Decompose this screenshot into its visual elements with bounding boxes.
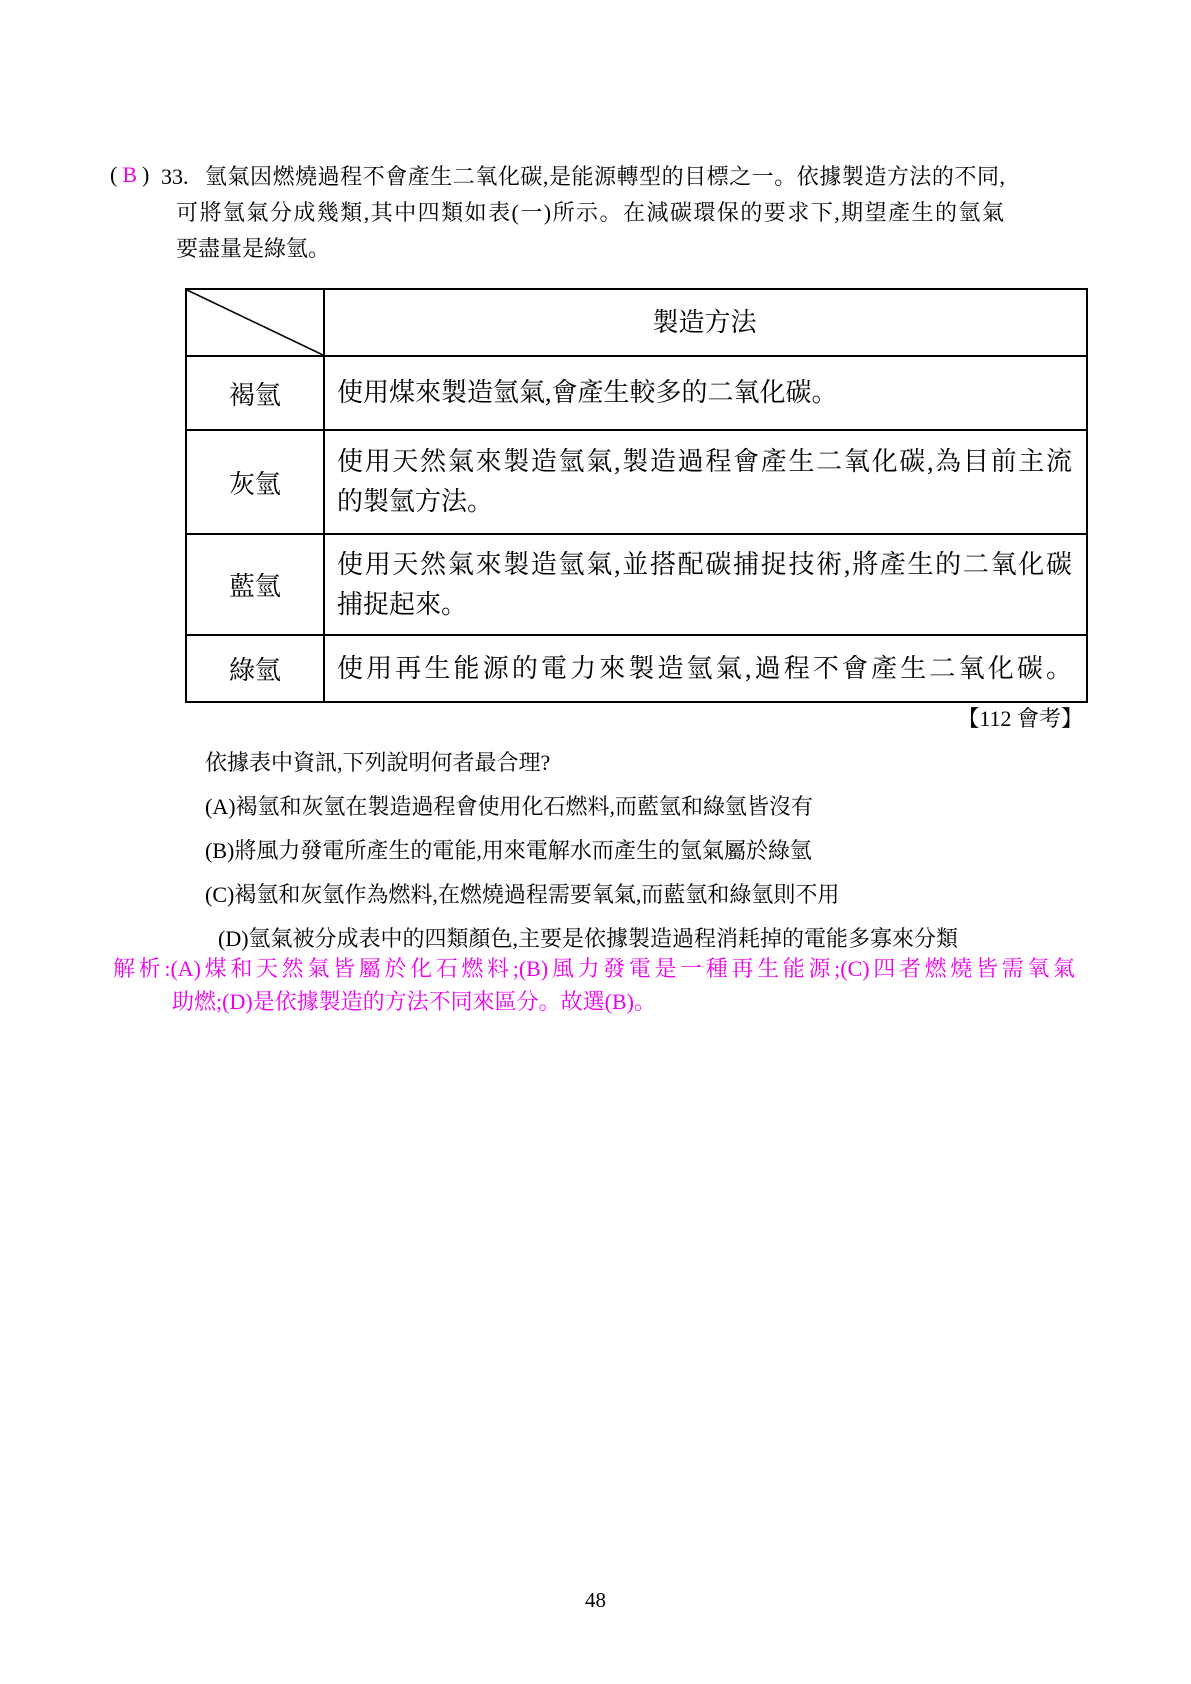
row-desc-grey-line-2: 的製氫方法。	[337, 482, 1072, 522]
option-a-text: 褐氫和灰氫在製造過程會使用化石燃料,而藍氫和綠氫皆沒有	[236, 794, 814, 819]
option-b-label: (B)	[205, 838, 234, 863]
answer-close-paren: )	[142, 162, 149, 187]
explanation-label: 解析:	[113, 956, 170, 981]
row-label-brown: 褐氫	[187, 357, 325, 429]
table-header-method-cell: 製造方法	[325, 290, 1086, 355]
option-c-text: 褐氫和灰氫作為燃料,在燃燒過程需要氧氣,而藍氫和綠氫則不用	[234, 882, 839, 907]
hydrogen-types-table: 製造方法 褐氫 使用煤來製造氫氣,會產生較多的二氧化碳。 灰氫 使用天然氣來製造…	[185, 288, 1088, 703]
option-c-label: (C)	[205, 882, 234, 907]
table-row-green-hydrogen: 綠氫 使用再生能源的電力來製造氫氣,過程不會產生二氧化碳。	[187, 634, 1086, 701]
page-number: 48	[0, 1588, 1191, 1613]
answer-open-paren: (	[110, 162, 117, 187]
table-row-grey-hydrogen: 灰氫 使用天然氣來製造氫氣,製造過程會產生二氧化碳,為目前主流 的製氫方法。	[187, 429, 1086, 533]
row-desc-brown: 使用煤來製造氫氣,會產生較多的二氧化碳。	[325, 357, 1086, 429]
option-row-c: (C)褐氫和灰氫作為燃料,在燃燒過程需要氧氣,而藍氫和綠氫則不用	[205, 878, 839, 909]
option-row-b: (B)將風力發電所產生的電能,用來電解水而產生的氫氣屬於綠氫	[205, 834, 812, 865]
option-d-label: (D)	[218, 926, 249, 951]
table-header-method-label: 製造方法	[652, 303, 756, 343]
row-desc-brown-line-1: 使用煤來製造氫氣,會產生較多的二氧化碳。	[337, 373, 1072, 413]
table-row-brown-hydrogen: 褐氫 使用煤來製造氫氣,會產生較多的二氧化碳。	[187, 355, 1086, 429]
row-desc-green-line-1: 使用再生能源的電力來製造氫氣,過程不會產生二氧化碳。	[337, 649, 1072, 689]
answer-letter: B	[122, 162, 137, 187]
question-line-1: 氫氣因燃燒過程不會產生二氧化碳,是能源轉型的目標之一。依據製造方法的不同,	[205, 162, 1005, 192]
row-desc-blue-line-2: 捕捉起來。	[337, 585, 1072, 625]
option-d-text: 氫氣被分成表中的四類顏色,主要是依據製造過程消耗掉的電能多寡來分類	[249, 926, 959, 951]
table-row-blue-hydrogen: 藍氫 使用天然氣來製造氫氣,並搭配碳捕捉技術,將產生的二氧化碳 捕捉起來。	[187, 533, 1086, 634]
question-stem: 依據表中資訊,下列說明何者最合理?	[205, 748, 550, 778]
explanation-line-2: 助燃;(D)是依據製造的方法不同來區分。故選(B)。	[172, 985, 656, 1016]
row-desc-blue-line-1: 使用天然氣來製造氫氣,並搭配碳捕捉技術,將產生的二氧化碳	[337, 545, 1072, 585]
option-row-d: (D)氫氣被分成表中的四類顏色,主要是依據製造過程消耗掉的電能多寡來分類	[218, 922, 958, 953]
row-label-blue: 藍氫	[187, 535, 325, 634]
explanation-line-1-text: (A)煤和天然氣皆屬於化石燃料;(B)風力發電是一種再生能源;(C)四者燃燒皆需…	[170, 956, 1075, 981]
explanation-line-1: 解析:(A)煤和天然氣皆屬於化石燃料;(B)風力發電是一種再生能源;(C)四者燃…	[113, 952, 1075, 983]
table-header-corner-cell	[187, 290, 325, 355]
answer-marker: (B)	[110, 162, 149, 188]
document-page: { "question": { "answer_open": "(", "ans…	[0, 0, 1191, 1684]
option-a-label: (A)	[205, 794, 236, 819]
row-desc-green: 使用再生能源的電力來製造氫氣,過程不會產生二氧化碳。	[325, 636, 1086, 701]
question-line-2: 可將氫氣分成幾類,其中四類如表(一)所示。在減碳環保的要求下,期望產生的氫氣	[176, 198, 1004, 228]
question-line-3: 要盡量是綠氫。	[176, 234, 330, 264]
row-desc-grey-line-1: 使用天然氣來製造氫氣,製造過程會產生二氧化碳,為目前主流	[337, 442, 1072, 482]
diagonal-line-icon	[187, 290, 323, 355]
option-b-text: 將風力發電所產生的電能,用來電解水而產生的氫氣屬於綠氫	[234, 838, 812, 863]
row-desc-blue: 使用天然氣來製造氫氣,並搭配碳捕捉技術,將產生的二氧化碳 捕捉起來。	[325, 535, 1086, 634]
option-row-a: (A)褐氫和灰氫在製造過程會使用化石燃料,而藍氫和綠氫皆沒有	[205, 790, 813, 821]
table-header-row: 製造方法	[187, 290, 1086, 355]
question-number: 33.	[161, 162, 189, 192]
row-desc-grey: 使用天然氣來製造氫氣,製造過程會產生二氧化碳,為目前主流 的製氫方法。	[325, 431, 1086, 533]
exam-source-tag: 【112 會考】	[185, 704, 1083, 734]
row-label-grey: 灰氫	[187, 431, 325, 533]
row-label-green: 綠氫	[187, 636, 325, 701]
